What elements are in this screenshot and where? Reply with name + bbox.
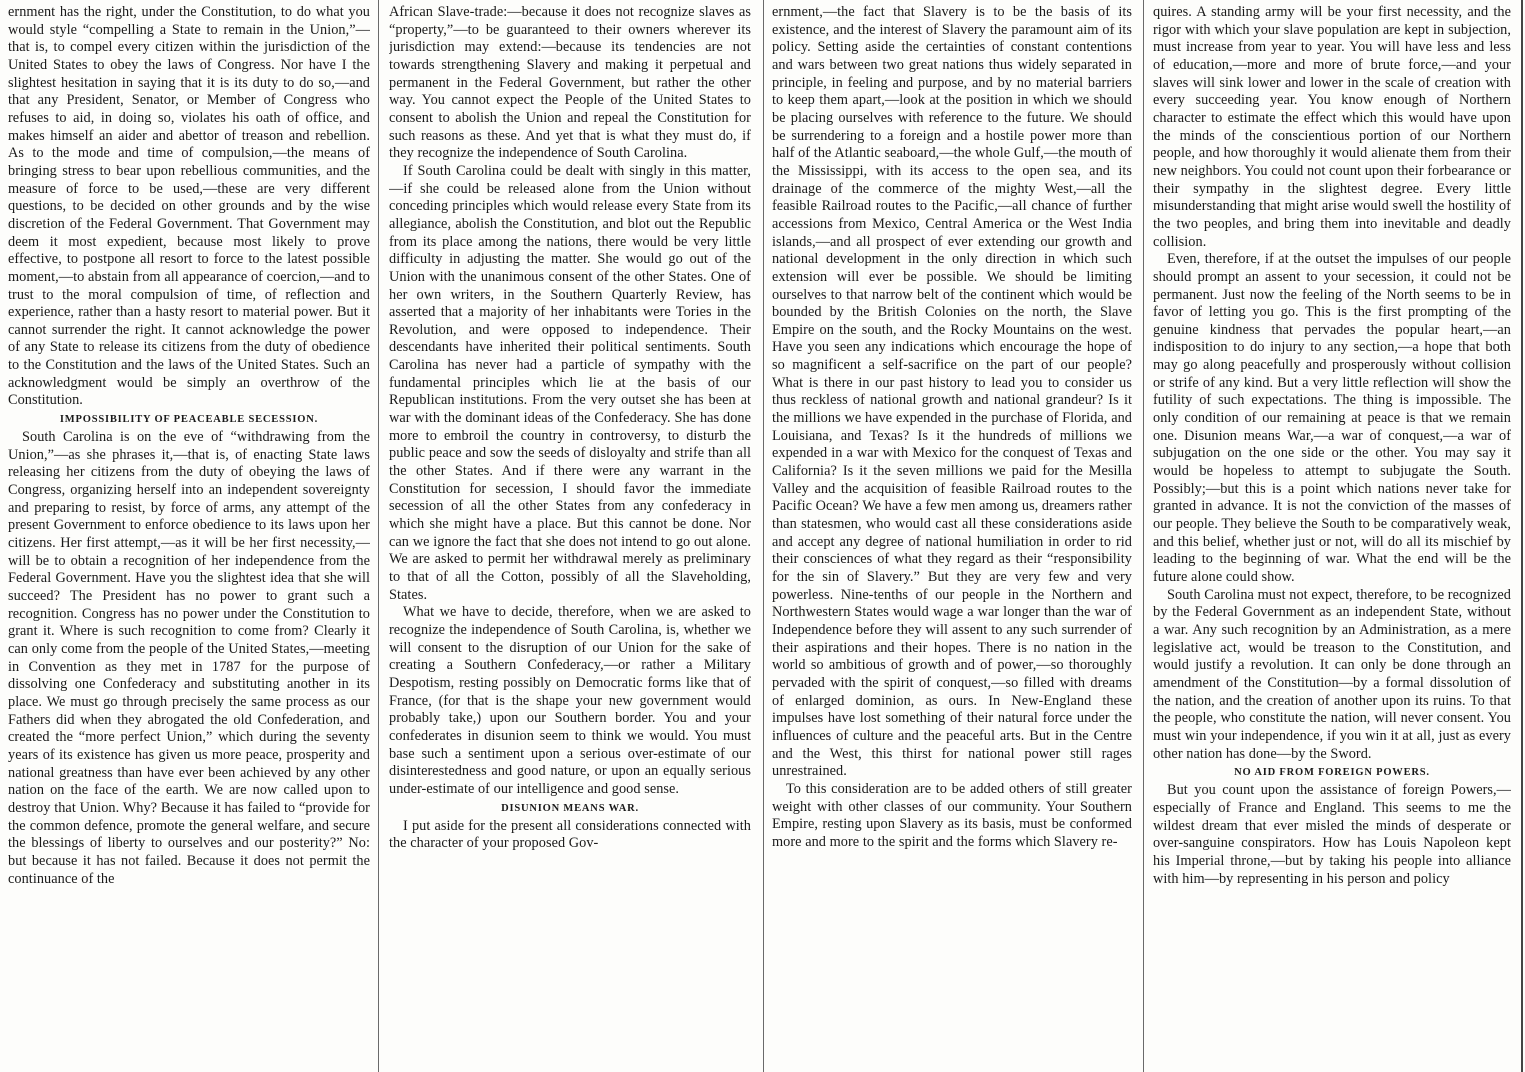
page-edge-rule <box>1521 0 1523 1072</box>
paragraph: African Slave-trade:—because it does not… <box>389 4 751 163</box>
column-rule <box>378 0 379 1072</box>
paragraph: I put aside for the present all consider… <box>389 818 751 853</box>
column-1: ernment has the right, under the Constit… <box>8 4 370 1064</box>
column-rule <box>1143 0 1144 1072</box>
section-heading: IMPOSSIBILITY OF PEACEABLE SECESSION. <box>8 412 370 428</box>
section-heading: DISUNION MEANS WAR. <box>389 801 751 817</box>
paragraph: Even, therefore, if at the outset the im… <box>1153 251 1511 586</box>
paragraph: But you count upon the assistance of for… <box>1153 782 1511 888</box>
section-heading: NO AID FROM FOREIGN POWERS. <box>1153 765 1511 781</box>
paragraph: If South Carolina could be dealt with si… <box>389 163 751 604</box>
paragraph: ernment has the right, under the Constit… <box>8 4 370 410</box>
column-3: ernment,—the fact that Slavery is to be … <box>772 4 1132 1064</box>
paragraph: quires. A standing army will be your fir… <box>1153 4 1511 251</box>
paragraph: South Carolina is on the eve of “withdra… <box>8 429 370 888</box>
paragraph: To this consideration are to be added ot… <box>772 781 1132 852</box>
column-rule <box>763 0 764 1072</box>
newspaper-page: ernment has the right, under the Constit… <box>0 0 1525 1072</box>
column-2: African Slave-trade:—because it does not… <box>389 4 751 1064</box>
paragraph: What we have to decide, therefore, when … <box>389 604 751 798</box>
column-4: quires. A standing army will be your fir… <box>1153 4 1511 1064</box>
paragraph: South Carolina must not expect, therefor… <box>1153 587 1511 764</box>
paragraph: ernment,—the fact that Slavery is to be … <box>772 4 1132 781</box>
